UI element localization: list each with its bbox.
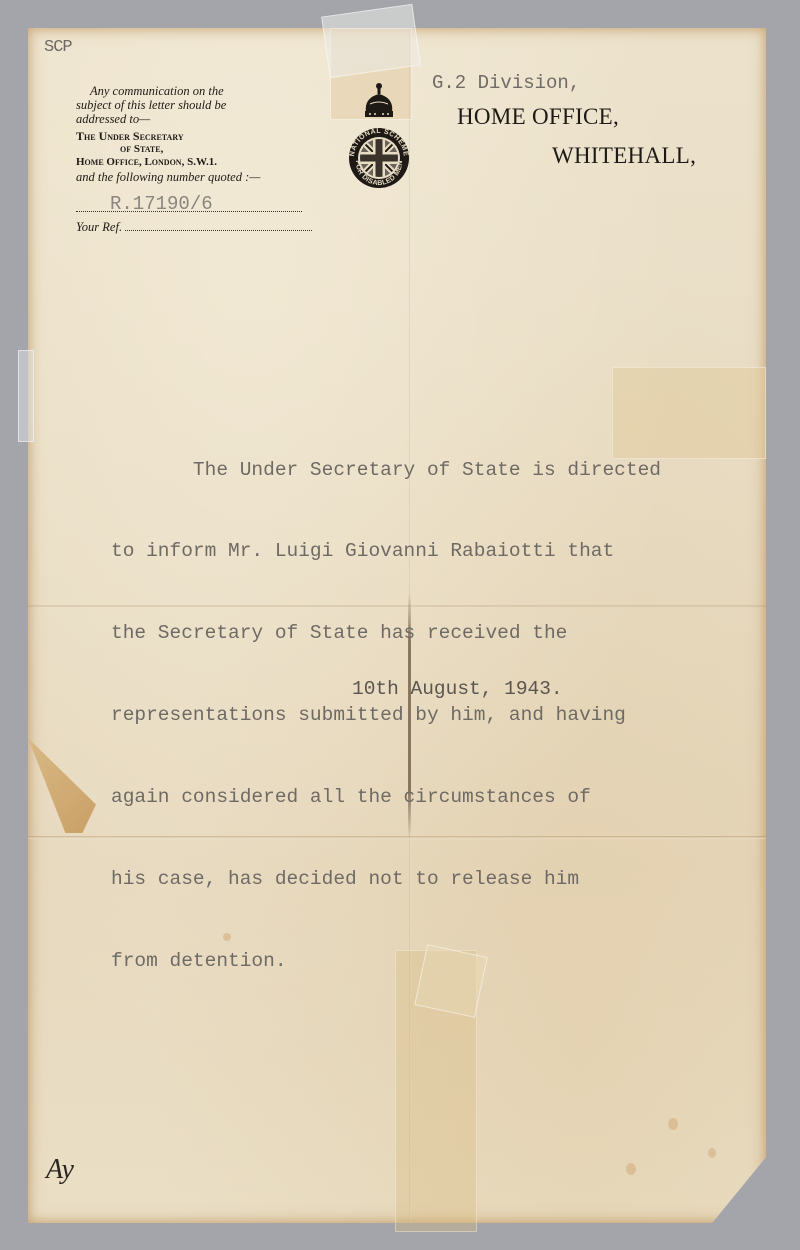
instruction-line: subject of this letter should be bbox=[76, 98, 312, 112]
body-line: representations submitted by him, and ha… bbox=[111, 702, 761, 729]
letter-body: The Under Secretary of State is directed… bbox=[111, 402, 761, 1003]
file-stamp: SCP bbox=[44, 38, 72, 57]
quote-instruction: and the following number quoted :— bbox=[76, 170, 312, 185]
address-line: of State, bbox=[76, 143, 312, 156]
address-line: Home Office, London, S.W.1. bbox=[76, 156, 312, 169]
correspondence-instructions: Any communication on the subject of this… bbox=[76, 84, 312, 235]
body-line: the Secretary of State has received the bbox=[111, 620, 761, 647]
letterhead-office: HOME OFFICE, bbox=[457, 104, 619, 130]
instruction-line: addressed to— bbox=[76, 112, 312, 126]
body-line: from detention. bbox=[111, 948, 761, 975]
letter-date: 10th August, 1943. bbox=[352, 678, 563, 700]
body-line: The Under Secretary of State is directed bbox=[111, 457, 761, 484]
instruction-text: Any communication on the subject of this… bbox=[76, 84, 312, 126]
foxing-spot bbox=[708, 1148, 716, 1158]
division-line: G.2 Division, bbox=[432, 72, 580, 94]
reference-number: R.17190/6 bbox=[110, 193, 213, 215]
handwritten-initials: Ay bbox=[46, 1154, 74, 1186]
letterhead-location: WHITEHALL, bbox=[552, 143, 696, 169]
tape-piece-top bbox=[321, 4, 421, 78]
crown-union-jack-emblem-icon: NATIONAL SCHEME FOR DISABLED MEN bbox=[348, 82, 410, 214]
your-ref-label: Your Ref. bbox=[76, 220, 122, 235]
address-block: The Under Secretary of State, Home Offic… bbox=[76, 130, 312, 169]
foxing-spot bbox=[626, 1163, 636, 1175]
body-line: again considered all the circumstances o… bbox=[111, 784, 761, 811]
foxing-spot bbox=[668, 1118, 678, 1130]
tape-piece-left bbox=[18, 350, 34, 442]
instruction-line: Any communication on the bbox=[76, 84, 312, 98]
your-ref-line: Your Ref. bbox=[76, 220, 312, 235]
body-line: his case, has decided not to release him bbox=[111, 866, 761, 893]
body-line: to inform Mr. Luigi Giovanni Rabaiotti t… bbox=[111, 538, 761, 565]
address-line: The Under Secretary bbox=[76, 130, 312, 143]
reference-number-line: R.17190/6 bbox=[76, 187, 302, 212]
your-ref-dots bbox=[125, 229, 312, 231]
